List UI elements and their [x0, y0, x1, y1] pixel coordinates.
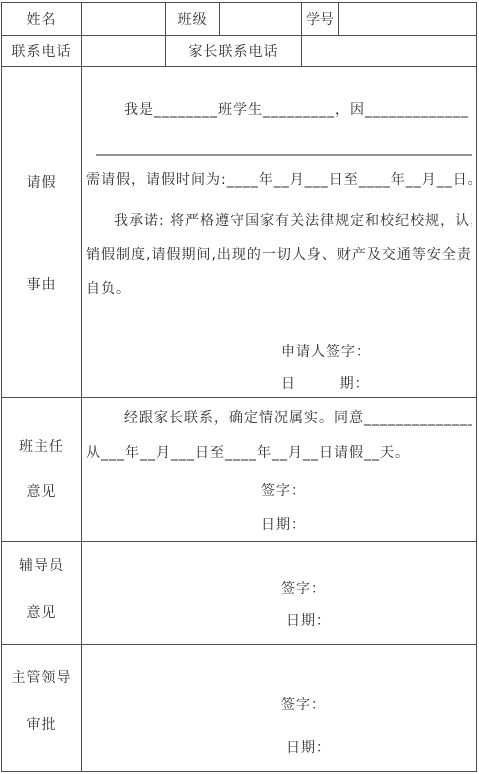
teacher-line-2: 从___年__月___日至____年__月__日请假__天。 — [86, 443, 472, 463]
leave-label-line2: 事由 — [27, 275, 57, 295]
promise-line-1: 我承诺: 将严格遵守国家有关法律规定和校纪校规，认真履行请 — [86, 204, 472, 238]
teacher-opinion-content[interactable]: 经跟家长联系，确定情况属实。同意_________________同学 从___… — [82, 398, 476, 541]
leave-reason-label: 请假 事由 — [2, 67, 82, 397]
applicant-date-label: 日 期： — [86, 374, 472, 394]
phone-label: 联系电话 — [2, 36, 82, 66]
teacher-label-line1: 班主任 — [19, 437, 64, 457]
row-identity: 姓名 班级 学号 — [2, 3, 476, 36]
counselor-label-line2: 意见 — [27, 603, 57, 623]
phone-field[interactable] — [82, 36, 166, 66]
leader-label-line2: 审批 — [27, 715, 57, 735]
teacher-opinion-label: 班主任 意见 — [2, 398, 82, 541]
leader-sign-label: 签字： — [86, 695, 472, 715]
continuation-blank-line — [96, 154, 472, 156]
name-label: 姓名 — [2, 3, 82, 35]
applicant-sign-label: 申请人签字： — [86, 342, 472, 362]
leave-request-form: 姓名 班级 学号 联系电话 家长联系电话 请假 事由 我是________班学生… — [1, 2, 477, 772]
leave-time-line: 需请假，请假时间为:____年__月___日至____年__月__日。 — [86, 170, 472, 190]
class-label: 班级 — [166, 3, 220, 35]
counselor-opinion-content[interactable]: 签字： 日期： — [82, 542, 476, 644]
parent-phone-label: 家长联系电话 — [166, 36, 302, 66]
row-leader-approval: 主管领导 审批 签字： 日期： — [2, 645, 476, 771]
leader-label-line1: 主管领导 — [12, 668, 72, 688]
row-phones: 联系电话 家长联系电话 — [2, 36, 476, 67]
name-field[interactable] — [82, 3, 166, 35]
teacher-sign-label: 签字： — [86, 481, 472, 501]
leave-reason-content[interactable]: 我是________班学生_________，因_____________ 需请… — [82, 67, 476, 397]
promise-line-2: 销假制度,请假期间,出现的一切人身、财产及交通等安全责任由本人 — [86, 238, 472, 272]
leave-label-line1: 请假 — [27, 173, 57, 193]
counselor-sign-label: 签字： — [86, 579, 472, 599]
row-teacher-opinion: 班主任 意见 经跟家长联系，确定情况属实。同意_________________… — [2, 398, 476, 542]
student-id-field[interactable] — [339, 3, 476, 35]
counselor-label-line1: 辅导员 — [19, 556, 64, 576]
row-leave-reason: 请假 事由 我是________班学生_________，因__________… — [2, 67, 476, 398]
promise-line-3: 自负。 — [86, 272, 472, 306]
leave-intro-line: 我是________班学生_________，因_____________ — [86, 100, 472, 120]
parent-phone-field[interactable] — [302, 36, 476, 66]
student-id-label: 学号 — [302, 3, 339, 35]
teacher-label-line2: 意见 — [27, 482, 57, 502]
leader-approval-label: 主管领导 审批 — [2, 645, 82, 771]
teacher-line-1: 经跟家长联系，确定情况属实。同意_________________同学 — [86, 408, 472, 428]
leader-approval-content[interactable]: 签字： 日期： — [82, 645, 476, 771]
leader-date-label: 日期： — [86, 738, 472, 758]
counselor-opinion-label: 辅导员 意见 — [2, 542, 82, 644]
class-field[interactable] — [220, 3, 302, 35]
teacher-date-label: 日期： — [86, 515, 472, 535]
counselor-date-label: 日期： — [86, 611, 472, 631]
row-counselor-opinion: 辅导员 意见 签字： 日期： — [2, 542, 476, 645]
